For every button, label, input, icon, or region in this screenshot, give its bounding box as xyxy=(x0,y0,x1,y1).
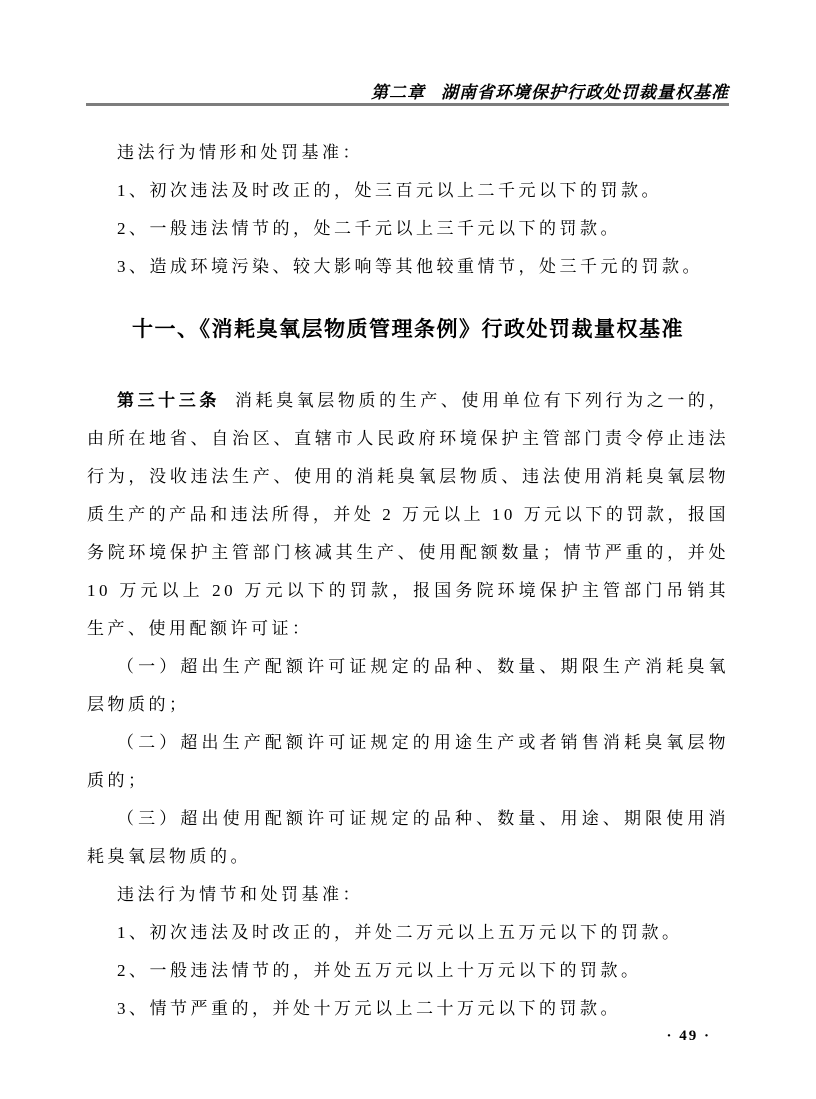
document-page: 第二章湖南省环境保护行政处罚裁量权基准 违法行为情形和处罚基准： 1、初次违法及… xyxy=(0,0,816,1099)
intro-title: 违法行为情形和处罚基准： xyxy=(87,134,729,172)
header-title: 湖南省环境保护行政处罚裁量权基准 xyxy=(441,83,729,102)
clause-item-3: （三）超出使用配额许可证规定的品种、数量、用途、期限使用消耗臭氧层物质的。 xyxy=(87,800,729,876)
section-heading: 十一、《消耗臭氧层物质管理条例》行政处罚裁量权基准 xyxy=(87,314,729,346)
clause-item-1: （一）超出生产配额许可证规定的品种、数量、期限生产消耗臭氧层物质的； xyxy=(87,648,729,724)
intro-item-2: 2、一般违法情节的，处二千元以上三千元以下的罚款。 xyxy=(87,210,729,248)
header-rule xyxy=(86,103,729,106)
penalty-item-2: 2、一般违法情节的，并处五万元以上十万元以下的罚款。 xyxy=(87,952,729,990)
intro-item-1: 1、初次违法及时改正的，处三百元以上二千元以下的罚款。 xyxy=(87,172,729,210)
page-number: · 49 · xyxy=(666,1028,711,1044)
document-body: 违法行为情形和处罚基准： 1、初次违法及时改正的，处三百元以上二千元以下的罚款。… xyxy=(87,116,729,1028)
penalty-title: 违法行为情节和处罚基准： xyxy=(87,876,729,914)
header-chapter-label: 第二章 xyxy=(371,83,425,102)
penalty-item-3: 3、情节严重的，并处十万元以上二十万元以下的罚款。 xyxy=(87,990,729,1028)
page-footer: · 49 · xyxy=(666,1028,711,1045)
clause-item-2: （二）超出生产配额许可证规定的用途生产或者销售消耗臭氧层物质的； xyxy=(87,724,729,800)
intro-item-3: 3、造成环境污染、较大影响等其他较重情节，处三千元的罚款。 xyxy=(87,248,729,286)
penalty-item-1: 1、初次违法及时改正的，并处二万元以上五万元以下的罚款。 xyxy=(87,914,729,952)
page-header: 第二章湖南省环境保护行政处罚裁量权基准 xyxy=(87,78,729,103)
article-paragraph: 第三十三条消耗臭氧层物质的生产、使用单位有下列行为之一的，由所在地省、自治区、直… xyxy=(87,382,729,648)
article-text: 消耗臭氧层物质的生产、使用单位有下列行为之一的，由所在地省、自治区、直辖市人民政… xyxy=(87,391,729,638)
article-number-label: 第三十三条 xyxy=(117,391,220,410)
